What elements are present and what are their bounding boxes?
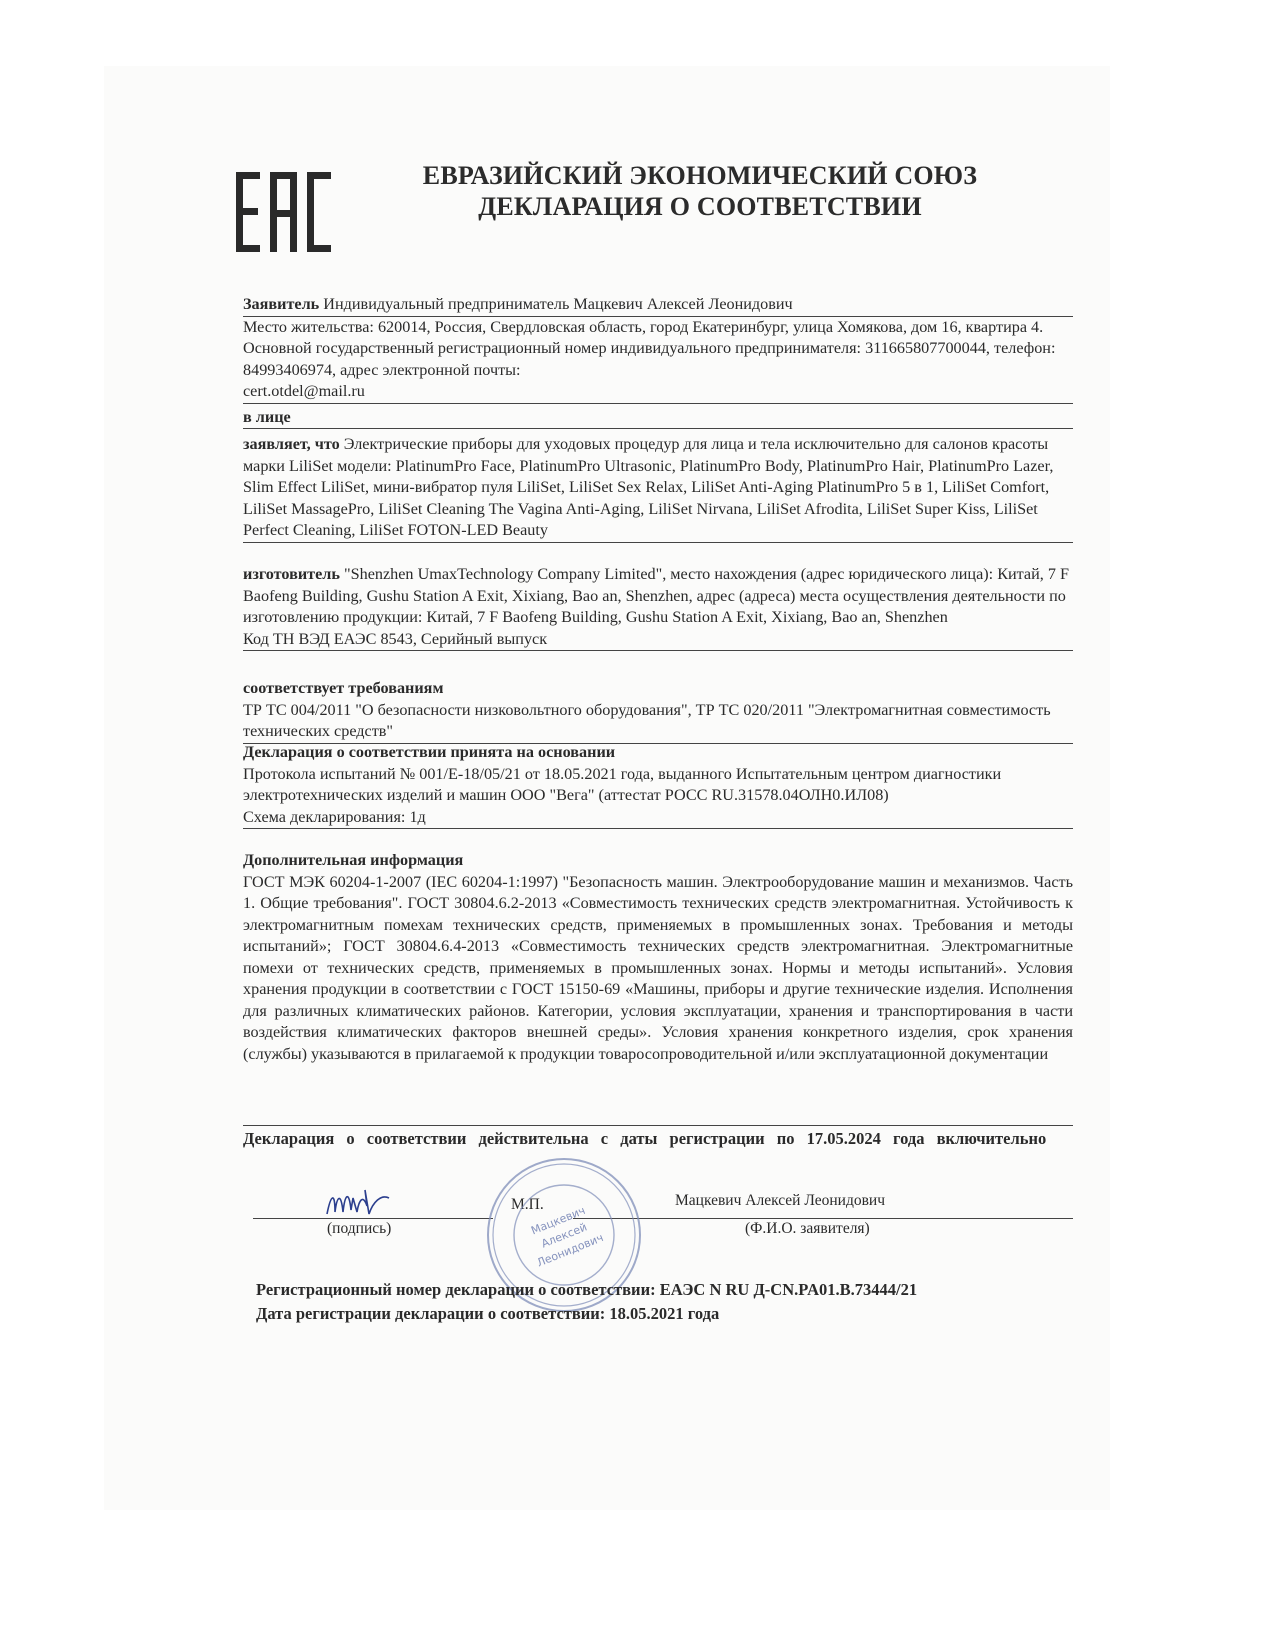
- additional-value: ГОСТ МЭК 60204-1-2007 (IEC 60204-1:1997)…: [243, 872, 1073, 1066]
- declares-value: Электрические приборы для уходовых проце…: [243, 435, 1053, 539]
- represented-by-label: в лице: [243, 407, 1073, 430]
- title-union: ЕВРАЗИЙСКИЙ ЭКОНОМИЧЕСКИЙ СОЮЗ: [380, 160, 1020, 191]
- registration-number-label: Регистрационный номер декларации о соотв…: [256, 1280, 656, 1299]
- registration-number: ЕАЭС N RU Д-CN.PA01.B.73444/21: [660, 1280, 917, 1299]
- requirements-section: соответствует требованиям ТР ТС 004/2011…: [243, 678, 1073, 744]
- applicant-value: Индивидуальный предприниматель Мацкевич …: [323, 295, 792, 313]
- signature-caption: (подпись): [327, 1220, 391, 1238]
- eac-logo-icon: [236, 172, 331, 252]
- applicant-section: Заявитель Индивидуальный предприниматель…: [243, 294, 1073, 429]
- signature-line: [253, 1218, 493, 1219]
- basis-scheme: Схема декларирования: 1д: [243, 807, 1073, 830]
- basis-label: Декларация о соответствии принята на осн…: [243, 742, 1073, 764]
- name-line: [573, 1218, 1073, 1219]
- registration-date-row: Дата регистрации декларации о соответств…: [256, 1302, 1056, 1326]
- signature-icon: [323, 1184, 393, 1220]
- applicant-name: Мацкевич Алексей Леонидович: [675, 1192, 885, 1210]
- additional-section: Дополнительная информация ГОСТ МЭК 60204…: [243, 850, 1073, 1065]
- additional-label: Дополнительная информация: [243, 850, 1073, 872]
- manufacturer-code: Код ТН ВЭД ЕАЭС 8543, Серийный выпуск: [243, 629, 1073, 652]
- validity-text: Декларация о соответствии действительна …: [243, 1125, 1073, 1150]
- title-declaration: ДЕКЛАРАЦИЯ О СООТВЕТСТВИИ: [380, 191, 1020, 222]
- name-caption: (Ф.И.О. заявителя): [745, 1220, 870, 1238]
- declares-section: заявляет, что Электрические приборы для …: [243, 434, 1073, 543]
- registration-date-label: Дата регистрации декларации о соответств…: [256, 1304, 605, 1323]
- basis-value: Протокола испытаний № 001/Е-18/05/21 от …: [243, 764, 1073, 807]
- requirements-value: ТР ТС 004/2011 "О безопасности низковоль…: [243, 700, 1073, 744]
- applicant-label: Заявитель: [243, 295, 319, 313]
- declares-label: заявляет, что: [243, 435, 340, 453]
- manufacturer-row: изготовитель "Shenzhen UmaxTechnology Co…: [243, 564, 1073, 629]
- registration-section: Регистрационный номер декларации о соотв…: [256, 1278, 1056, 1326]
- applicant-row: Заявитель Индивидуальный предприниматель…: [243, 294, 1073, 317]
- registration-date: 18.05.2021 года: [609, 1304, 719, 1323]
- document-title: ЕВРАЗИЙСКИЙ ЭКОНОМИЧЕСКИЙ СОЮЗ ДЕКЛАРАЦИ…: [380, 160, 1020, 222]
- manufacturer-value: "Shenzhen UmaxTechnology Company Limited…: [243, 565, 1069, 626]
- applicant-address: Место жительства: 620014, Россия, Свердл…: [243, 318, 1055, 379]
- manufacturer-label: изготовитель: [243, 565, 340, 583]
- requirements-label: соответствует требованиям: [243, 678, 1073, 700]
- declares-row: заявляет, что Электрические приборы для …: [243, 434, 1073, 543]
- applicant-address-row: Место жительства: 620014, Россия, Свердл…: [243, 317, 1073, 404]
- registration-number-row: Регистрационный номер декларации о соотв…: [256, 1278, 1056, 1302]
- applicant-email: cert.otdel@mail.ru: [243, 381, 1073, 403]
- basis-section: Декларация о соответствии принята на осн…: [243, 742, 1073, 829]
- signature-area: (подпись) М.П. Мацкевич Алексей Леонидов…: [243, 1180, 1073, 1270]
- manufacturer-section: изготовитель "Shenzhen UmaxTechnology Co…: [243, 564, 1073, 651]
